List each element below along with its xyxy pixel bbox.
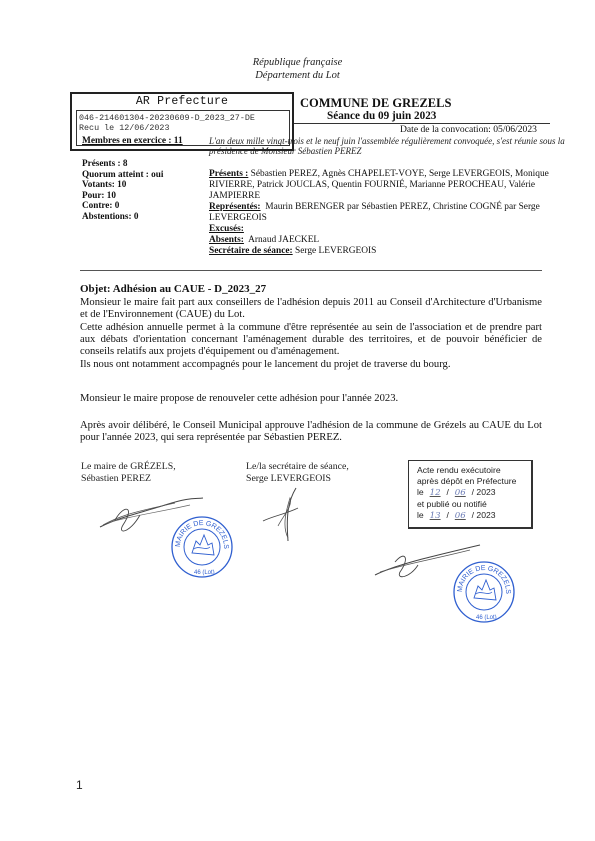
svg-text:46 (Lot): 46 (Lot)	[194, 570, 215, 576]
absents-label: Absents:	[209, 235, 244, 245]
attendance-block: Présents : Sébastien PEREZ, Agnès CHAPEL…	[209, 169, 554, 257]
pub-month: 06	[451, 511, 469, 522]
attendance-excuses: Excusés:	[209, 224, 554, 235]
commune-name: COMMUNE DE GREZELS	[300, 96, 451, 111]
deliberation-decision: Après avoir délibéré, le Conseil Municip…	[80, 420, 542, 444]
attendance-presents: Présents : Sébastien PEREZ, Agnès CHAPEL…	[209, 169, 554, 202]
attendance-representes: Représentés: Maurin BERENGER par Sébasti…	[209, 202, 554, 224]
attendance-absents: Absents: Arnaud JAECKEL	[209, 235, 554, 246]
mayor-title: Le maire de GRÉZELS,	[81, 461, 176, 473]
stat-pour: Pour: 10	[82, 190, 163, 201]
stat-presents: Présents : 8	[82, 158, 163, 169]
mairie-stamp-2: MAIRIE DE GREZELS 46 (Lot)	[452, 560, 516, 624]
svg-text:46 (Lot): 46 (Lot)	[476, 615, 497, 621]
executoire-line4: et publié ou notifié	[417, 499, 531, 510]
depot-month: 06	[451, 488, 469, 499]
deliberation-paragraph-3: Ils nous ont notamment accompagnés pour …	[80, 359, 542, 371]
secretaire-name: Serge LEVERGEOIS	[295, 246, 376, 256]
executoire-line1: Acte rendu exécutoire	[417, 465, 531, 476]
presents-list: Sébastien PEREZ, Agnès CHAPELET-VOYE, Se…	[209, 169, 549, 201]
representes-label: Représentés:	[209, 202, 261, 212]
page-number: 1	[76, 778, 83, 792]
secretary-signature	[258, 486, 308, 546]
stat-contre: Contre: 0	[82, 200, 163, 211]
stat-votants: Votants: 10	[82, 179, 163, 190]
stat-quorum: Quorum atteint : oui	[82, 169, 163, 180]
deliberation-paragraph-1: Monsieur le maire fait part aux conseill…	[80, 297, 542, 321]
session-date: Séance du 09 juin 2023	[327, 110, 436, 122]
absents-list: Arnaud JAECKEL	[248, 235, 319, 245]
convocation-date: Date de la convocation: 05/06/2023	[400, 124, 537, 135]
stat-abstentions: Abstentions: 0	[82, 211, 163, 222]
meeting-intro: L'an deux mille vingt-trois et le neuf j…	[209, 136, 569, 156]
secretaire-label: Secrétaire de séance:	[209, 246, 293, 256]
excuses-label: Excusés:	[209, 224, 244, 234]
ar-prefecture-received: Recu le 12/06/2023	[79, 123, 169, 133]
pub-day: 13	[426, 511, 444, 522]
secretary-title: Le/la secrétaire de séance,	[246, 461, 349, 473]
attendance-secretaire: Secrétaire de séance: Serge LEVERGEOIS	[209, 246, 554, 257]
deliberation-paragraph-2: Cette adhésion annuelle permet à la comm…	[80, 322, 542, 359]
secretary-name: Serge LEVERGEOIS	[246, 473, 331, 485]
header-department: Département du Lot	[0, 69, 595, 82]
mairie-stamp-1: MAIRIE DE GREZELS 46 (Lot)	[170, 515, 234, 579]
deliberation-subject: Objet: Adhésion au CAUE - D_2023_27	[80, 283, 266, 295]
executoire-depot-date: le 12 / 06 / 2023	[417, 487, 531, 499]
executoire-line2: après dépôt en Préfecture	[417, 476, 531, 487]
ar-prefecture-reference: 046-214601304-20230609-D_2023_27-DE	[79, 113, 255, 123]
deliberation-proposal: Monsieur le maire propose de renouveler …	[80, 393, 542, 405]
executoire-box: Acte rendu exécutoire après dépôt en Pré…	[408, 460, 533, 529]
vote-stats: Présents : 8 Quorum atteint : oui Votant…	[82, 158, 163, 222]
executoire-publication-date: le 13 / 06 / 2023	[417, 510, 531, 522]
header-republic: République française	[0, 56, 595, 69]
ar-prefecture-title: AR Prefecture	[70, 95, 294, 108]
members-in-office: Membres en exercice : 11	[82, 136, 183, 146]
mayor-name: Sébastien PEREZ	[81, 473, 151, 485]
depot-day: 12	[426, 488, 444, 499]
presents-label: Présents :	[209, 169, 248, 179]
section-divider	[80, 270, 542, 271]
